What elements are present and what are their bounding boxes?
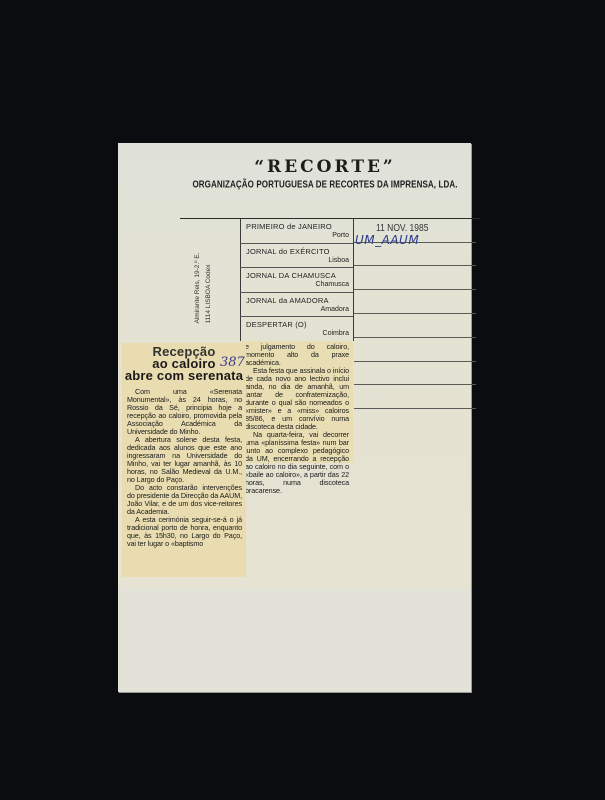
publication-table: PRIMEIRO de JANEIRO Porto JORNAL do EXÉR… [240,219,353,342]
paragraph: A abertura solene desta festa, dedicada … [127,436,242,484]
publication-name: DESPERTAR (O) [246,320,307,329]
paragraph: e julgamento do caloiro, momento alto da… [245,343,349,367]
publication-row: DESPERTAR (O) Coimbra [240,317,353,342]
blank-line [354,289,476,290]
publication-row: PRIMEIRO de JANEIRO Porto [240,219,353,244]
publication-row: JORNAL DA CHAMUSCA Chamusca [240,268,353,293]
recorte-sheet: “RECORTE” ORGANIZAÇÃO PORTUGUESA DE RECO… [118,143,471,692]
publication-name: JORNAL da AMADORA [246,296,329,305]
publication-city: Amadora [321,306,349,313]
blank-line [354,265,476,266]
clipping-left-text: Com uma «Serenata Monumental», às 24 hor… [122,388,246,548]
letterhead: “RECORTE” ORGANIZAÇÃO PORTUGUESA DE RECO… [180,157,470,189]
address-line-2: 1114 LISBOA Codex [203,252,214,323]
blank-line [354,313,476,314]
blank-line [354,384,476,385]
publication-city: Porto [332,232,349,239]
table-right-rule [353,219,354,341]
publication-city: Lisboa [328,257,349,264]
publication-row: JORNAL do EXÉRCITO Lisboa [240,244,353,269]
address-text: Almirante Reis, 19-2.º E. 1114 LISBOA Co… [192,252,214,323]
paragraph: Do acto constarão intervenções do presid… [127,484,242,516]
handwritten-source: UM_AAUM [355,233,419,247]
clipping-right-text: e julgamento do caloiro, momento alto da… [240,341,353,495]
letterhead-title: “RECORTE” [180,157,470,177]
paragraph: Com uma «Serenata Monumental», às 24 hor… [127,388,242,436]
letterhead-subtitle: ORGANIZAÇÃO PORTUGUESA DE RECORTES DA IM… [180,179,470,190]
publication-city: Chamusca [316,281,349,288]
clipping-left-column: Recepção ao caloiro abre com serenata 38… [122,343,246,577]
publication-row: JORNAL da AMADORA Amadora [240,293,353,318]
publication-name: JORNAL DA CHAMUSCA [246,271,336,280]
publication-city: Coimbra [323,330,349,337]
address-block: Almirante Reis, 19-2.º E. 1114 LISBOA Co… [186,238,220,338]
publication-name: PRIMEIRO de JANEIRO [246,222,332,231]
blank-line [354,408,476,409]
paragraph: Na quarta-feira, vai decorrer uma «planí… [245,431,349,495]
blank-line [354,361,476,362]
headline-line: abre com serenata [122,370,246,382]
blank-line [354,337,476,338]
address-line-1: Almirante Reis, 19-2.º E. [192,252,203,323]
pencil-number: 387 [220,355,245,370]
paragraph: Esta festa que assinala o início de cada… [245,367,349,431]
publication-name: JORNAL do EXÉRCITO [246,247,330,256]
clipping-right-column: e julgamento do caloiro, momento alto da… [240,341,353,463]
paragraph: A esta cerimónia seguir-se-á o já tradic… [127,516,242,548]
